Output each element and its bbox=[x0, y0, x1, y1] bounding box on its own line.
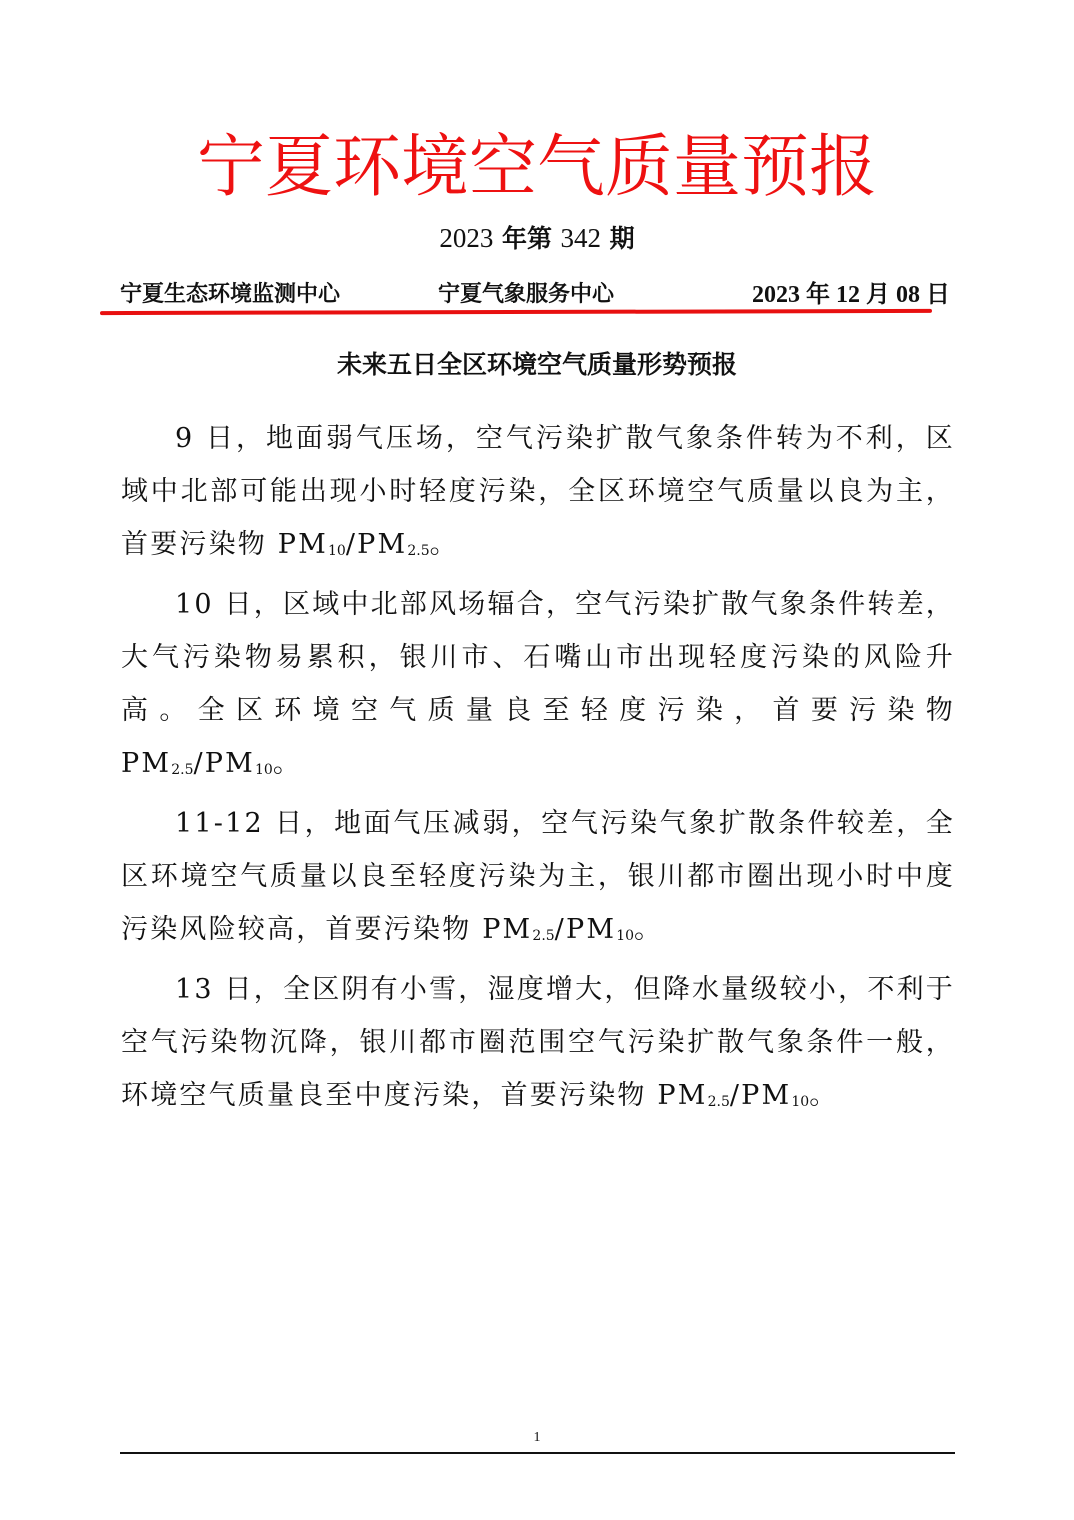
forecast-body: 9 日，地面弱气压场，空气污染扩散气象条件转为不利，区域中北部可能出现小时轻度污… bbox=[121, 412, 955, 1129]
org-ecology-center: 宁夏生态环境监测中心 bbox=[120, 278, 340, 312]
footer-divider bbox=[120, 1452, 955, 1454]
header-divider bbox=[100, 309, 932, 315]
org-meteorology-center: 宁夏气象服务中心 bbox=[438, 278, 614, 312]
forecast-paragraph-day10: 10 日，区域中北部风场辐合，空气污染扩散气象条件转差，大气污染物易累积，银川市… bbox=[121, 578, 955, 797]
forecast-paragraph-day9: 9 日，地面弱气压场，空气污染扩散气象条件转为不利，区域中北部可能出现小时轻度污… bbox=[121, 412, 955, 578]
forecast-paragraph-day11-12: 11-12 日，地面气压减弱，空气污染气象扩散条件较差，全区环境空气质量以良至轻… bbox=[121, 797, 955, 963]
issue-num-label: 期 bbox=[610, 224, 635, 253]
publish-date: 2023 年 12 月 08 日 bbox=[752, 278, 950, 312]
page-number: 1 bbox=[0, 1430, 1074, 1446]
document-title: 宁夏环境空气质量预报 bbox=[0, 128, 1074, 208]
forecast-paragraph-day13: 13 日，全区阴有小雪，湿度增大，但降水量级较小，不利于空气污染物沉降，银川都市… bbox=[121, 963, 955, 1129]
issue-number: 2023 年第 342 期 bbox=[0, 218, 1074, 259]
issue-year: 2023 bbox=[439, 223, 493, 253]
issue-year-label: 年第 bbox=[502, 224, 552, 253]
issue-num: 342 bbox=[561, 223, 602, 253]
section-title: 未来五日全区环境空气质量形势预报 bbox=[0, 345, 1074, 385]
publisher-row: 宁夏生态环境监测中心 宁夏气象服务中心 2023 年 12 月 08 日 bbox=[120, 278, 950, 312]
